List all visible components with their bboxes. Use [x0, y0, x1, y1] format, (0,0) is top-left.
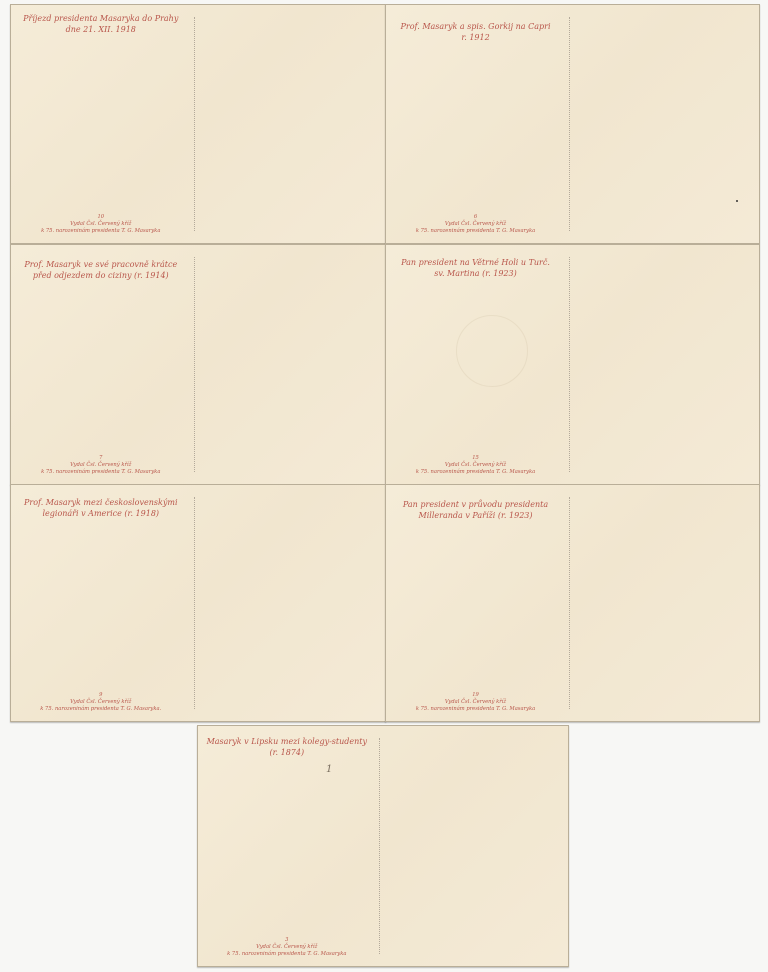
occasion-line: k 75. narozeninám presidenta T. G. Masar…	[11, 469, 191, 476]
card-number: 3	[198, 937, 376, 944]
publisher-info: 9 Vydal Čsl. Červený kříž k 75. narozeni…	[11, 692, 191, 713]
occasion-line: k 75. narozeninám presidenta T. G. Masar…	[11, 706, 191, 713]
publisher-line: Vydal Čsl. Červený kříž	[386, 221, 565, 228]
address-divider	[569, 17, 570, 231]
publisher-info: 19 Vydal Čsl. Červený kříž k 75. narozen…	[386, 692, 565, 713]
occasion-line: k 75. narozeninám presidenta T. G. Masar…	[11, 228, 191, 235]
postcard-10: Příjezd presidenta Masaryka do Prahy dne…	[10, 4, 386, 244]
occasion-line: k 75. narozeninám presidenta T. G. Masar…	[386, 228, 565, 235]
card-number: 7	[11, 455, 191, 462]
publisher-line: Vydal Čsl. Červený kříž	[11, 221, 191, 228]
postcard-9: Prof. Masaryk mezi československými legi…	[10, 484, 386, 722]
occasion-line: k 75. narozeninám presidenta T. G. Masar…	[386, 469, 565, 476]
address-divider	[379, 738, 380, 954]
publisher-line: Vydal Čsl. Červený kříž	[386, 699, 565, 706]
publisher-info: 3 Vydal Čsl. Červený kříž k 75. narozeni…	[198, 937, 376, 958]
publisher-info: 15 Vydal Čsl. Červený kříž k 75. narozen…	[386, 455, 565, 476]
publisher-info: 10 Vydal Čsl. Červený kříž k 75. narozen…	[11, 214, 191, 235]
card-number: 15	[386, 455, 565, 462]
publisher-info: 6 Vydal Čsl. Červený kříž k 75. narozeni…	[386, 214, 565, 235]
publisher-info: 7 Vydal Čsl. Červený kříž k 75. narozeni…	[11, 455, 191, 476]
postcard-7: Prof. Masaryk ve své pracovně krátce pře…	[10, 244, 386, 485]
speck	[736, 200, 738, 202]
publisher-line: Vydal Čsl. Červený kříž	[11, 462, 191, 469]
address-divider	[569, 497, 570, 709]
publisher-line: Vydal Čsl. Červený kříž	[386, 462, 565, 469]
card-number: 6	[386, 214, 565, 221]
postcard-6: Prof. Masaryk a spis. Gorkij na Capri r.…	[385, 4, 760, 244]
publisher-line: Vydal Čsl. Červený kříž	[11, 699, 191, 706]
postcard-title: Masaryk v Lipsku mezi kolegy-studenty (r…	[198, 736, 376, 758]
postcard-title: Prof. Masaryk a spis. Gorkij na Capri r.…	[386, 21, 565, 43]
address-divider	[569, 257, 570, 472]
publisher-line: Vydal Čsl. Červený kříž	[198, 944, 376, 951]
postcard-19: Pan president v průvodu presidenta Mille…	[385, 484, 760, 722]
occasion-line: k 75. narozeninám presidenta T. G. Masar…	[386, 706, 565, 713]
paper-stain	[456, 315, 528, 387]
postcard-title: Pan president v průvodu presidenta Mille…	[386, 499, 565, 521]
postcard-title: Příjezd presidenta Masaryka do Prahy dne…	[11, 13, 191, 35]
card-number: 10	[11, 214, 191, 221]
handwritten-mark: 1	[326, 764, 332, 775]
address-divider	[194, 497, 195, 709]
address-divider	[194, 257, 195, 472]
address-divider	[194, 17, 195, 231]
postcard-3: Masaryk v Lipsku mezi kolegy-studenty (r…	[197, 725, 569, 967]
card-number: 9	[11, 692, 191, 699]
postcard-15: Pan president na Větrné Holi u Turč. sv.…	[385, 244, 760, 485]
postcard-title: Prof. Masaryk ve své pracovně krátce pře…	[11, 259, 191, 281]
postcard-title: Prof. Masaryk mezi československými legi…	[11, 497, 191, 519]
card-number: 19	[386, 692, 565, 699]
postcard-title: Pan president na Větrné Holi u Turč. sv.…	[386, 257, 565, 279]
occasion-line: k 75. narozeninám presidenta T. G. Masar…	[198, 951, 376, 958]
